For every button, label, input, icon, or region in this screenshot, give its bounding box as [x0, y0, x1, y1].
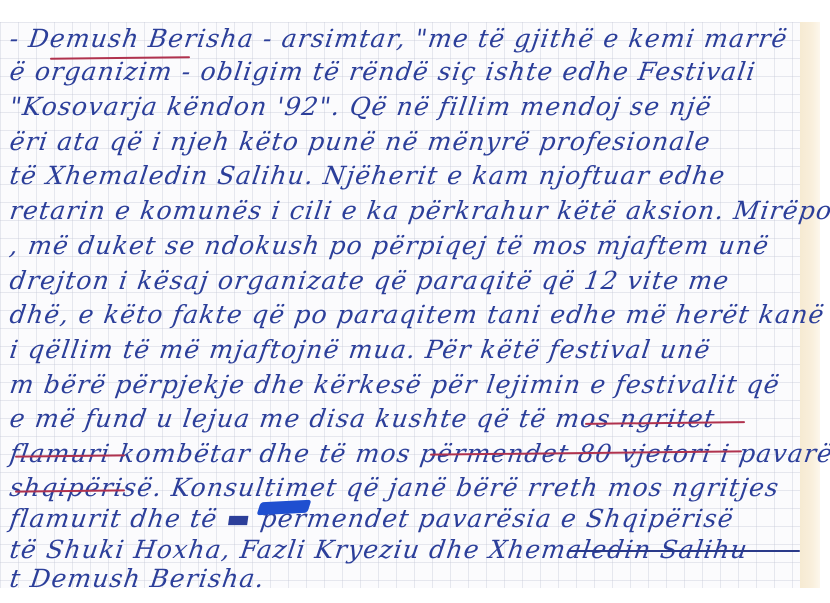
handwritten-line: të Xhemaledin Salihu. Njëherit e kam njo…: [8, 161, 728, 190]
handwritten-line: t Demush Berisha.: [8, 564, 267, 593]
handwritten-line: ëri ata që i njeh këto punë në mënyrë pr…: [8, 127, 713, 156]
handwritten-line: flamuri kombëtar dhe të mos përmendet 80…: [8, 439, 830, 468]
handwritten-line: shqipërisë. Konsultimet që janë bërë rre…: [8, 473, 781, 502]
handwritten-line: m bërë përpjekje dhe kërkesë për lejimin…: [8, 370, 782, 399]
handwritten-line: i qëllim të më mjaftojnë mua. Për këtë f…: [8, 335, 713, 364]
blue-underline-xhemaledin-salihu: [568, 550, 800, 552]
handwritten-line: dhë, e këto fakte që po paraqitem tani e…: [8, 300, 827, 329]
handwritten-line: flamurit dhe të ▬ përmendet pavarësia e …: [8, 504, 736, 533]
handwritten-line: drejton i kësaj organizate që paraqitë q…: [8, 266, 732, 295]
handwritten-line: - Demush Berisha - arsimtar, "me të gjit…: [8, 24, 790, 53]
handwritten-line: "Kosovarja këndon '92". Që në fillim men…: [8, 92, 714, 121]
handwritten-line: ë organizim - obligim të rëndë siç ishte…: [8, 57, 758, 86]
handwritten-line: , më duket se ndokush po përpiqej të mos…: [8, 231, 771, 260]
handwritten-line: e më fund u lejua me disa kushte që të m…: [8, 404, 717, 433]
handwritten-line: retarin e komunës i cili e ka përkrahur …: [8, 196, 830, 225]
